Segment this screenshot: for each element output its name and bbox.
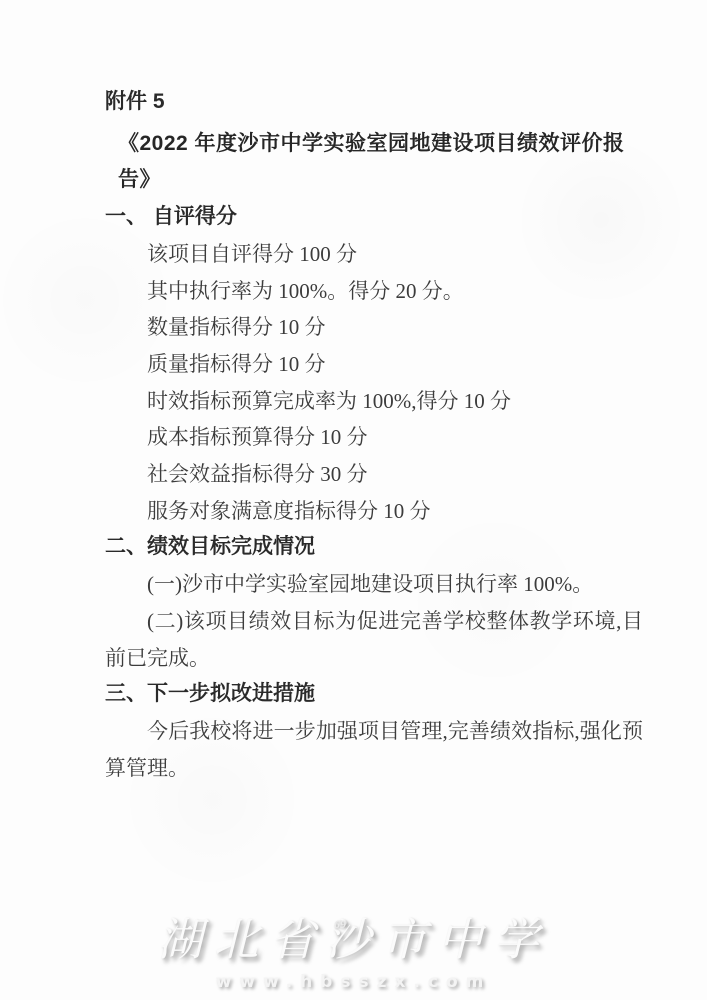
paragraph: 该项目自评得分 100 分 [105,236,643,273]
scanned-document-page: 附件 5 《2022 年度沙市中学实验室园地建设项目绩效评价报告》 一、 自评得… [0,0,707,1000]
paragraph: 服务对象满意度指标得分 10 分 [105,493,643,530]
page-number: 69 [334,917,346,932]
paragraph: 质量指标得分 10 分 [105,346,643,383]
section-heading-3: 三、下一步拟改进措施 [105,676,643,713]
watermark: 湖北省沙市中学 www.hbsszx.com 69 [0,903,707,992]
section-performance-goal-completion: 二、绩效目标完成情况 (一)沙市中学实验室园地建设项目执行率 100%。 (二)… [105,529,643,676]
paragraph: 数量指标得分 10 分 [105,309,643,346]
paragraph: 时效指标预算完成率为 100%,得分 10 分 [105,383,643,420]
document-content: 附件 5 《2022 年度沙市中学实验室园地建设项目绩效评价报告》 一、 自评得… [105,84,643,786]
document-title: 《2022 年度沙市中学实验室园地建设项目绩效评价报告》 [105,126,643,199]
attachment-label: 附件 5 [105,84,643,121]
paragraph: 成本指标预算得分 10 分 [105,419,643,456]
watermark-website: www.hbsszx.com [0,972,707,992]
section-self-evaluation-score: 一、 自评得分 该项目自评得分 100 分 其中执行率为 100%。得分 20 … [105,199,643,529]
paragraph: (二)该项目绩效目标为促进完善学校整体教学环境,目前已完成。 [105,603,643,676]
paragraph: 社会效益指标得分 30 分 [105,456,643,493]
watermark-school-name: 湖北省沙市中学 [0,903,707,968]
paragraph: (一)沙市中学实验室园地建设项目执行率 100%。 [105,566,643,603]
section-heading-1: 一、 自评得分 [105,199,643,236]
paragraph: 其中执行率为 100%。得分 20 分。 [105,273,643,310]
paragraph: 今后我校将进一步加强项目管理,完善绩效指标,强化预算管理。 [105,713,643,786]
section-improvement-measures: 三、下一步拟改进措施 今后我校将进一步加强项目管理,完善绩效指标,强化预算管理。 [105,676,643,786]
section-heading-2: 二、绩效目标完成情况 [105,529,643,566]
